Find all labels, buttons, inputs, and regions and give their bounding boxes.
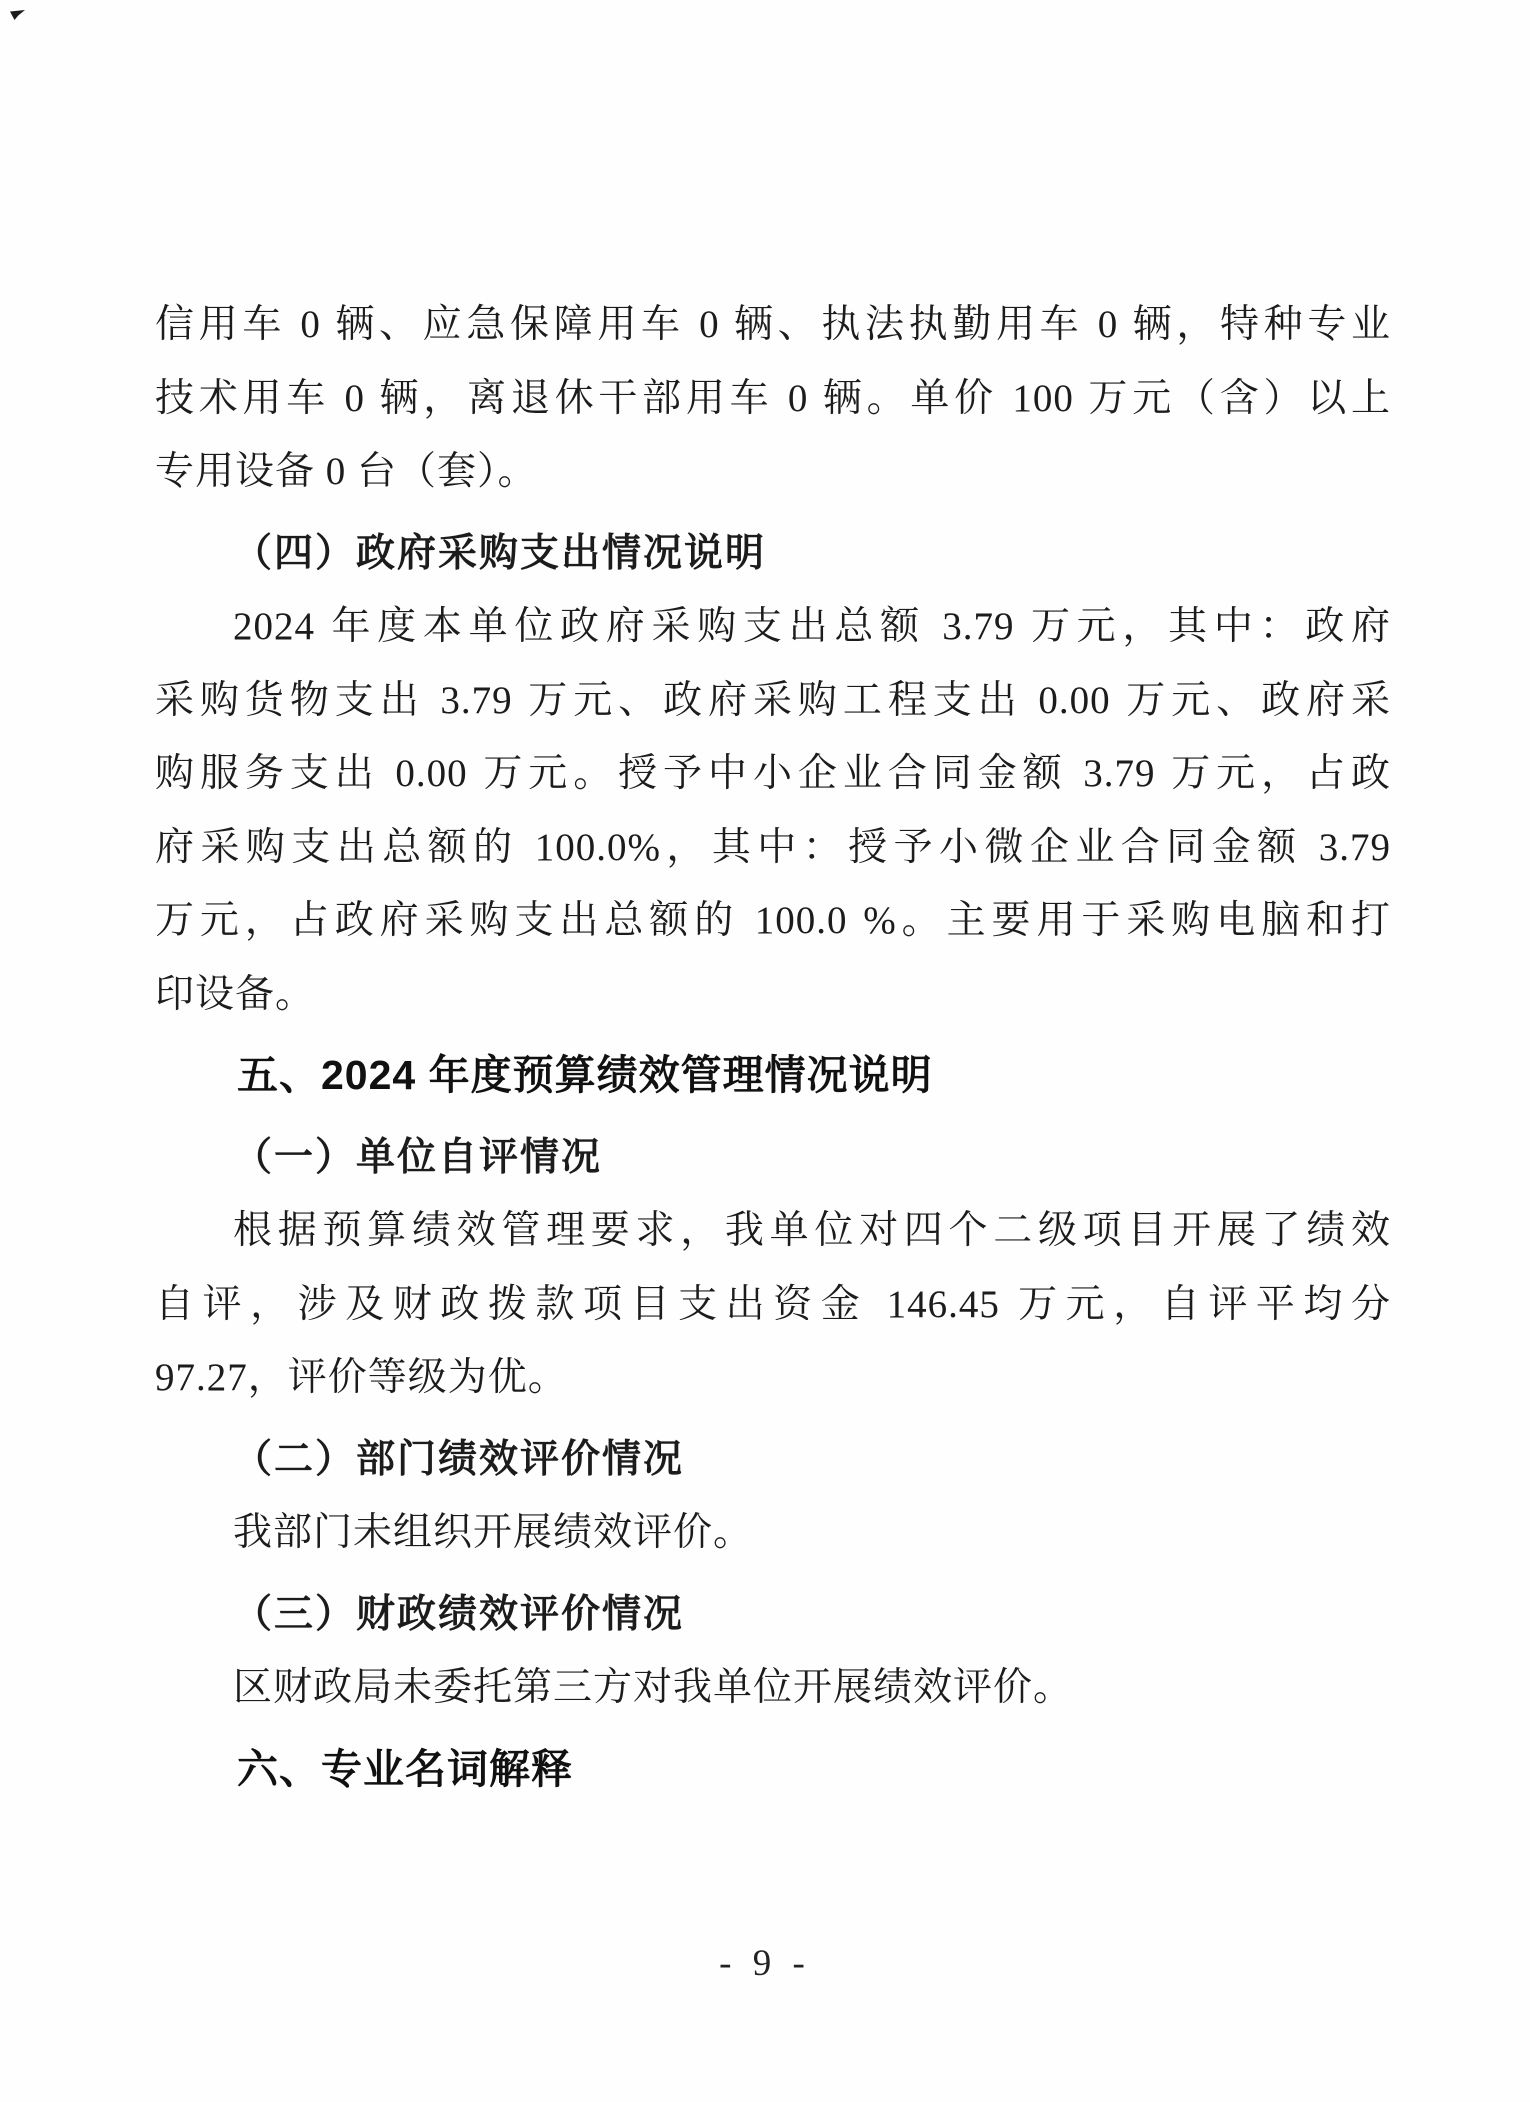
paragraph-line: 专用设备 0 台（套）。	[155, 435, 1391, 509]
paragraph-line: 府采购支出总额的 100.0%，其中：授予小微企业合同金额 3.79	[155, 811, 1391, 885]
section-heading-six: 六、专业名词解释	[155, 1733, 1391, 1807]
paragraph-line: 万元，占政府采购支出总额的 100.0 %。主要用于采购电脑和打	[155, 884, 1391, 958]
sub-heading-gov-procurement: （四）政府采购支出情况说明	[155, 517, 1391, 591]
sub-heading-self-evaluation: （一）单位自评情况	[155, 1121, 1391, 1195]
paragraph-line: 技术用车 0 辆，离退休干部用车 0 辆。单价 100 万元（含）以上	[155, 362, 1391, 436]
document-page: 信用车 0 辆、应急保障用车 0 辆、执法执勤用车 0 辆，特种专业 技术用车 …	[0, 0, 1530, 2102]
paragraph-line: 采购货物支出 3.79 万元、政府采购工程支出 0.00 万元、政府采	[155, 664, 1391, 738]
paragraph-line: 我部门未组织开展绩效评价。	[155, 1496, 1391, 1570]
section-heading-five: 五、2024 年度预算绩效管理情况说明	[155, 1039, 1391, 1113]
body-paragraph: 根据预算绩效管理要求，我单位对四个二级项目开展了绩效 自评，涉及财政拨款项目支出…	[155, 1194, 1391, 1415]
paragraph-line: 信用车 0 辆、应急保障用车 0 辆、执法执勤用车 0 辆，特种专业	[155, 288, 1391, 362]
paragraph-line: 2024 年度本单位政府采购支出总额 3.79 万元，其中：政府	[155, 590, 1391, 664]
body-paragraph: 信用车 0 辆、应急保障用车 0 辆、执法执勤用车 0 辆，特种专业 技术用车 …	[155, 288, 1391, 509]
paragraph-line: 97.27，评价等级为优。	[155, 1341, 1391, 1415]
paragraph-line: 自评，涉及财政拨款项目支出资金 146.45 万元，自评平均分	[155, 1268, 1391, 1342]
page-number: - 9 -	[0, 1942, 1530, 1985]
body-paragraph: 我部门未组织开展绩效评价。	[155, 1496, 1391, 1570]
body-paragraph: 2024 年度本单位政府采购支出总额 3.79 万元，其中：政府 采购货物支出 …	[155, 590, 1391, 1031]
body-paragraph: 区财政局未委托第三方对我单位开展绩效评价。	[155, 1651, 1391, 1725]
paragraph-line: 购服务支出 0.00 万元。授予中小企业合同金额 3.79 万元，占政	[155, 737, 1391, 811]
paragraph-line: 根据预算绩效管理要求，我单位对四个二级项目开展了绩效	[155, 1194, 1391, 1268]
paragraph-line: 区财政局未委托第三方对我单位开展绩效评价。	[155, 1651, 1391, 1725]
sub-heading-finance-evaluation: （三）财政绩效评价情况	[155, 1578, 1391, 1652]
paragraph-line: 印设备。	[155, 958, 1391, 1032]
document-body: 信用车 0 辆、应急保障用车 0 辆、执法执勤用车 0 辆，特种专业 技术用车 …	[155, 288, 1391, 1806]
sub-heading-department-evaluation: （二）部门绩效评价情况	[155, 1423, 1391, 1497]
scan-artifact-speck	[10, 10, 25, 20]
